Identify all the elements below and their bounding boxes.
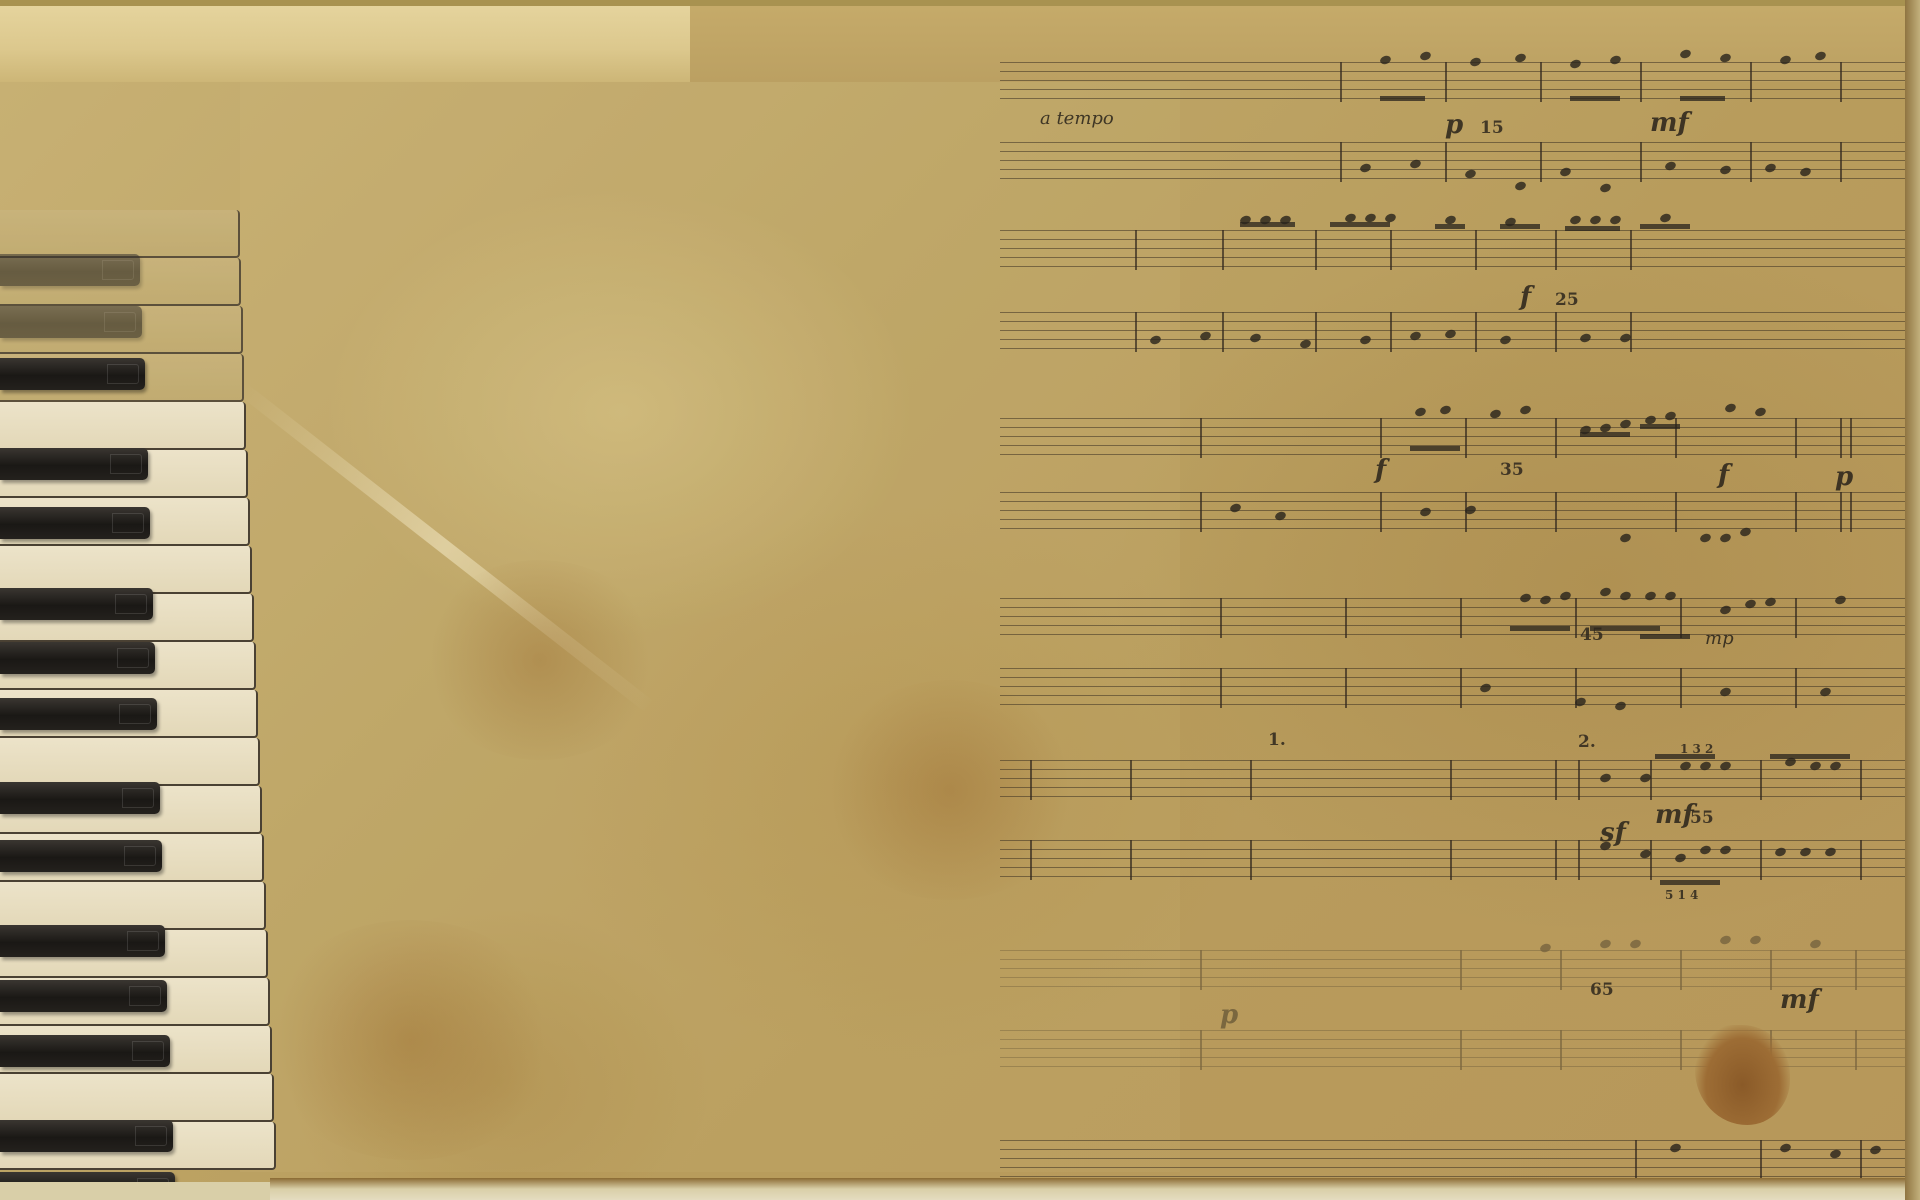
piano-black-key bbox=[0, 254, 140, 286]
piano-black-key bbox=[0, 1120, 173, 1152]
fingering: 1 3 2 bbox=[1680, 742, 1713, 756]
piano-black-key bbox=[0, 698, 157, 730]
piano-white-key bbox=[0, 210, 240, 258]
paper-bottom-edge bbox=[270, 1178, 1920, 1200]
staff-treble bbox=[1000, 230, 1920, 270]
piano-white-key bbox=[0, 402, 246, 450]
paper-bottom-edge-left bbox=[0, 1182, 270, 1200]
dynamic-marking: p bbox=[1835, 462, 1853, 492]
dynamic-marking: mf bbox=[1655, 800, 1694, 830]
piano-black-key bbox=[0, 358, 145, 390]
vintage-music-background: a tempo p 15 mf f 25 35 bbox=[0, 0, 1920, 1200]
staff-treble bbox=[1000, 1140, 1920, 1180]
dynamic-marking: f bbox=[1375, 455, 1386, 485]
sheet-music: a tempo p 15 mf f 25 35 bbox=[1000, 0, 1920, 1200]
dynamic-marking: mp bbox=[1705, 628, 1734, 649]
piano-black-key bbox=[0, 925, 165, 957]
volta-bracket-1: 1. bbox=[1268, 730, 1286, 750]
paper-right-edge bbox=[1905, 0, 1920, 1200]
piano-black-key bbox=[0, 642, 155, 674]
piano-keyboard bbox=[0, 210, 275, 1200]
piano-black-key bbox=[0, 782, 160, 814]
measure-number: 65 bbox=[1590, 980, 1614, 1000]
staff-bass bbox=[1000, 312, 1920, 352]
staff-bass bbox=[1000, 668, 1920, 708]
piano-black-key bbox=[0, 588, 153, 620]
dynamic-marking: p bbox=[1445, 110, 1463, 140]
dynamic-marking: p bbox=[1220, 1000, 1238, 1030]
paper-stain bbox=[420, 560, 660, 760]
piano-black-key bbox=[0, 840, 162, 872]
staff-treble bbox=[1000, 950, 1920, 990]
piano-black-key bbox=[0, 1035, 170, 1067]
piano-white-key bbox=[0, 1074, 274, 1122]
dynamic-marking: mf bbox=[1650, 108, 1689, 138]
staff-bass bbox=[1000, 840, 1920, 880]
dynamic-a-tempo: a tempo bbox=[1040, 108, 1114, 129]
piano-black-key bbox=[0, 507, 150, 539]
paper-stain bbox=[260, 920, 560, 1160]
measure-number: 15 bbox=[1480, 118, 1504, 138]
piano-black-key bbox=[0, 306, 142, 338]
piano-white-key bbox=[0, 882, 266, 930]
dynamic-marking: f bbox=[1718, 460, 1729, 490]
piano-white-key bbox=[0, 738, 260, 786]
measure-number: 45 bbox=[1580, 625, 1604, 645]
piano-black-key bbox=[0, 980, 167, 1012]
piano-black-key bbox=[0, 448, 148, 480]
dynamic-marking: f bbox=[1520, 282, 1531, 312]
staff-bass bbox=[1000, 142, 1920, 182]
staff-treble bbox=[1000, 62, 1920, 102]
staff-treble bbox=[1000, 418, 1920, 458]
staff-treble bbox=[1000, 598, 1920, 638]
staff-bass bbox=[1000, 492, 1920, 532]
measure-number: 25 bbox=[1555, 290, 1579, 310]
measure-number: 35 bbox=[1500, 460, 1524, 480]
volta-bracket-2: 2. bbox=[1578, 732, 1596, 752]
fingering: 5 1 4 bbox=[1665, 888, 1698, 902]
piano-white-key bbox=[0, 546, 252, 594]
staff-treble bbox=[1000, 760, 1920, 800]
measure-number: 55 bbox=[1690, 808, 1714, 828]
dynamic-marking: mf bbox=[1780, 985, 1819, 1015]
